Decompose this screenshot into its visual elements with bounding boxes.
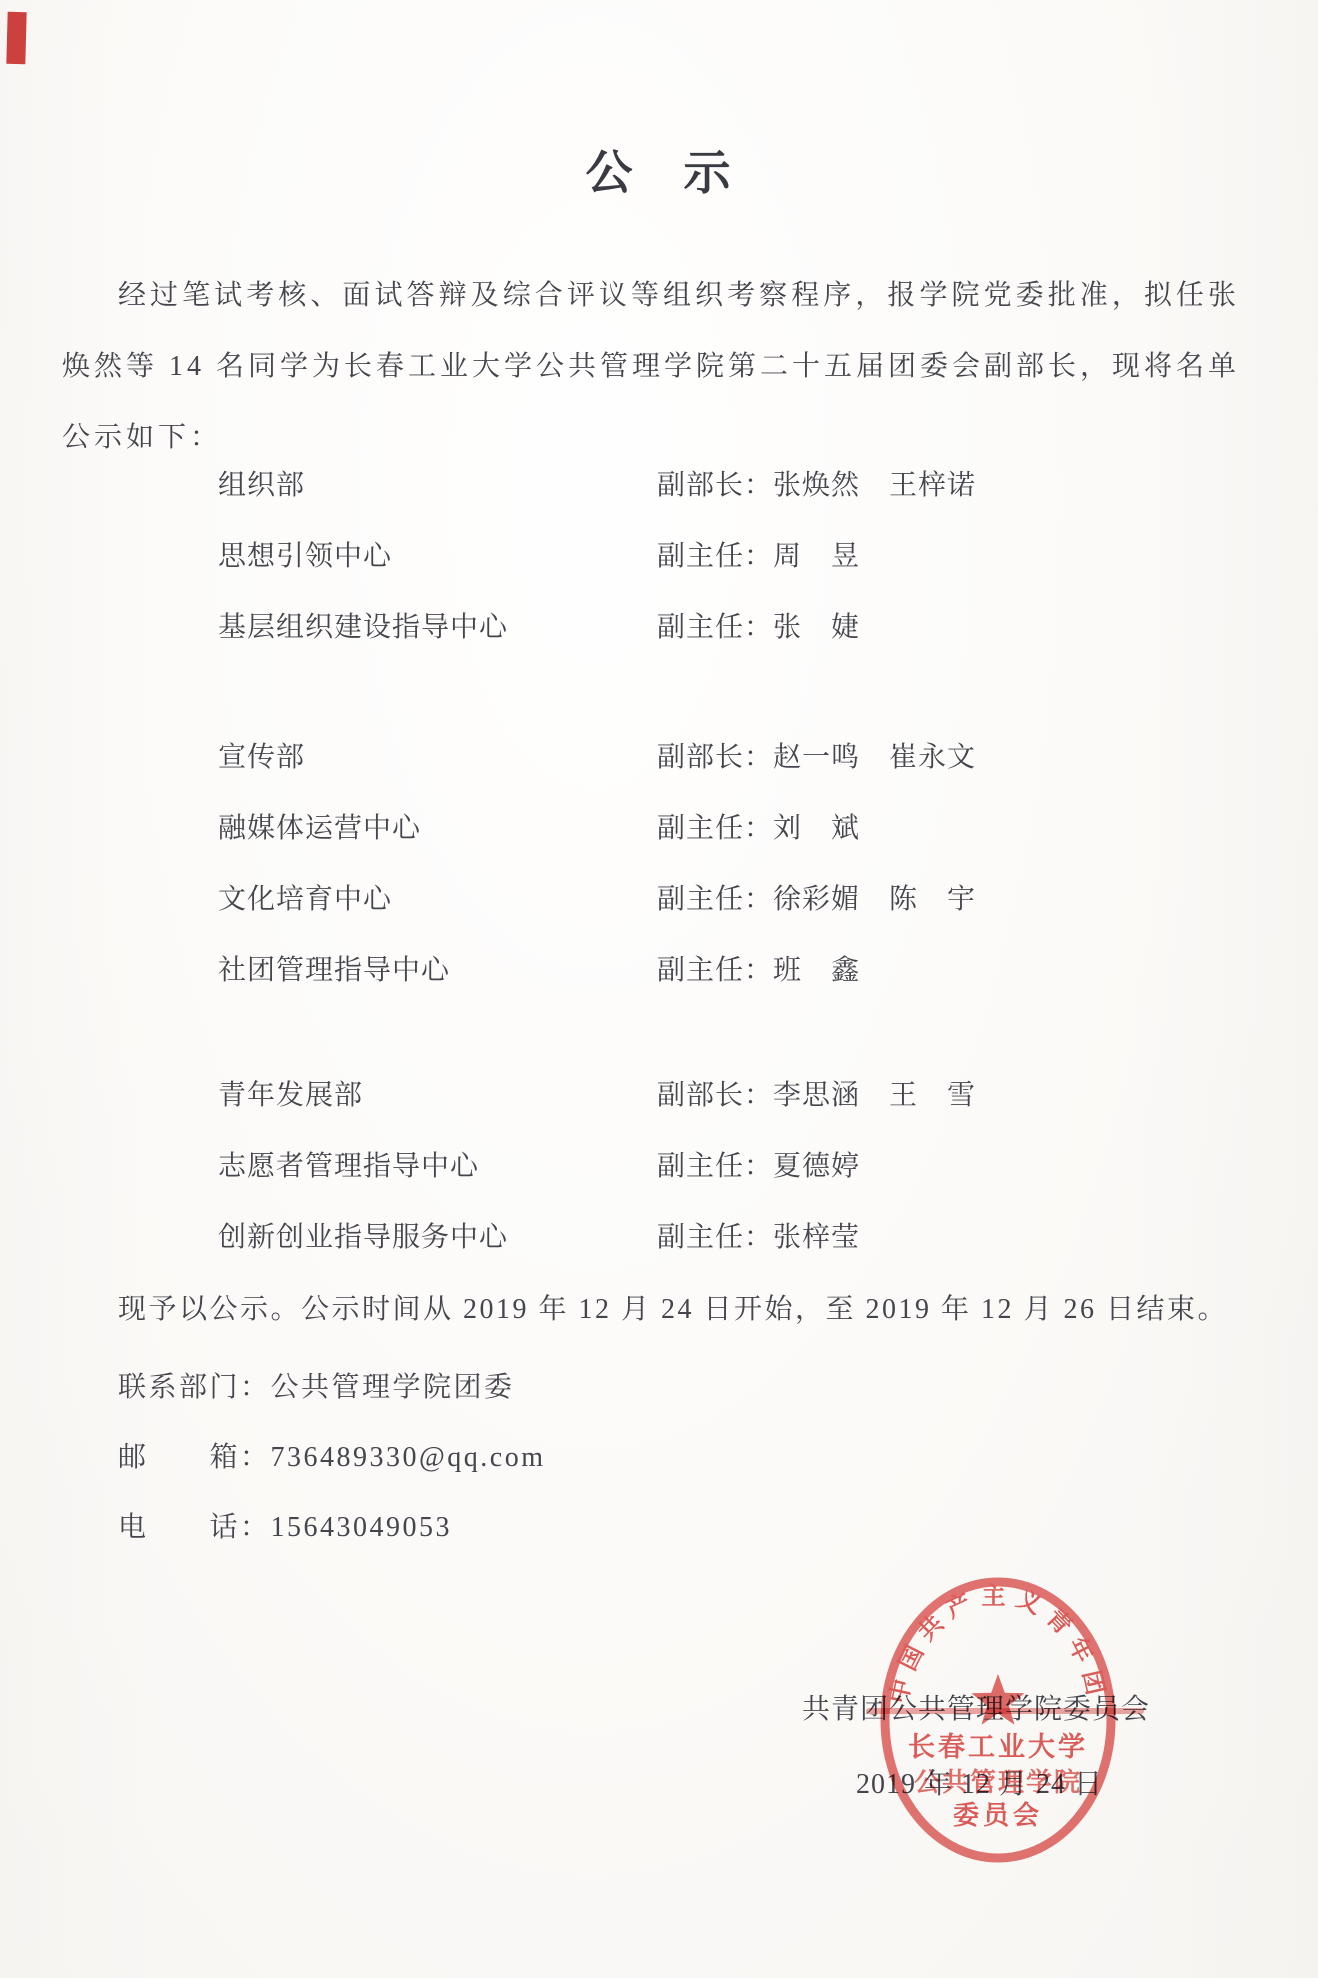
role-and-names: 副主任：周 昱 [657, 521, 860, 592]
red-corner-mark [6, 12, 26, 64]
list-row: 宣传部 副部长：赵一鸣 崔永文 [218, 722, 1218, 793]
department-name: 志愿者管理指导中心 [218, 1151, 479, 1182]
department-name: 创新创业指导服务中心 [218, 1222, 508, 1253]
document-title: 公 示 [0, 136, 1318, 203]
department-name: 社团管理指导中心 [218, 955, 450, 986]
list-row: 志愿者管理指导中心 副主任：夏德婷 [218, 1131, 1218, 1202]
list-row: 基层组织建设指导中心 副主任：张 婕 [218, 592, 1218, 663]
role-and-names: 副主任：刘 斌 [657, 793, 860, 864]
list-row: 创新创业指导服务中心 副主任：张梓莹 [218, 1202, 1218, 1273]
list-row: 融媒体运营中心 副主任：刘 斌 [218, 793, 1218, 864]
appointment-list: 组织部 副部长：张焕然 王梓诺 思想引领中心 副主任：周 昱 基层组织建设指导中… [218, 450, 1218, 1273]
seal-committee-label: 委员会 [953, 1801, 1043, 1830]
department-name: 融媒体运营中心 [218, 813, 421, 844]
publicity-period-line: 现予以公示。公示时间从 2019 年 12 月 24 日开始，至 2019 年 … [62, 1282, 1258, 1338]
list-row: 文化培育中心 副主任：徐彩媚 陈 宇 [218, 864, 1218, 935]
role-and-names: 副部长：李思涵 王 雪 [657, 1060, 976, 1131]
role-and-names: 副主任：张梓莹 [657, 1202, 860, 1273]
intro-paragraph: 经过笔试考核、面试答辩及综合评议等组织考察程序，报学院党委批准，拟任张焕然等 1… [62, 260, 1240, 473]
department-name: 宣传部 [218, 742, 305, 773]
role-and-names: 副部长：张焕然 王梓诺 [657, 450, 976, 521]
list-row: 青年发展部 副部长：李思涵 王 雪 [218, 1060, 1218, 1131]
department-name: 思想引领中心 [218, 541, 392, 572]
role-and-names: 副主任：夏德婷 [657, 1131, 860, 1202]
list-row: 组织部 副部长：张焕然 王梓诺 [218, 450, 1218, 521]
list-row: 思想引领中心 副主任：周 昱 [218, 521, 1218, 592]
department-name: 基层组织建设指导中心 [218, 612, 508, 643]
official-red-seal: 中国共产主义青年团 长春工业大学 公共管理学院 委员会 [872, 1570, 1124, 1870]
department-name: 青年发展部 [218, 1080, 363, 1111]
seal-star-icon [971, 1674, 1024, 1725]
announcement-document: 公 示 经过笔试考核、面试答辩及综合评议等组织考察程序，报学院党委批准，拟任张焕… [0, 0, 1318, 1978]
contact-department-line: 联系部门：公共管理学院团委 [118, 1360, 515, 1416]
seal-college-label: 公共管理学院 [914, 1767, 1082, 1797]
department-name: 文化培育中心 [218, 884, 392, 915]
role-and-names: 副主任：班 鑫 [657, 935, 860, 1006]
role-and-names: 副主任：徐彩媚 陈 宇 [657, 864, 976, 935]
seal-university-label: 长春工业大学 [908, 1731, 1088, 1762]
department-name: 组织部 [218, 470, 305, 501]
contact-email-line: 邮 箱：736489330@qq.com [118, 1430, 546, 1486]
list-row: 社团管理指导中心 副主任：班 鑫 [218, 935, 1218, 1006]
role-and-names: 副主任：张 婕 [657, 592, 860, 663]
contact-phone-line: 电 话：15643049053 [118, 1500, 452, 1556]
role-and-names: 副部长：赵一鸣 崔永文 [657, 722, 976, 793]
